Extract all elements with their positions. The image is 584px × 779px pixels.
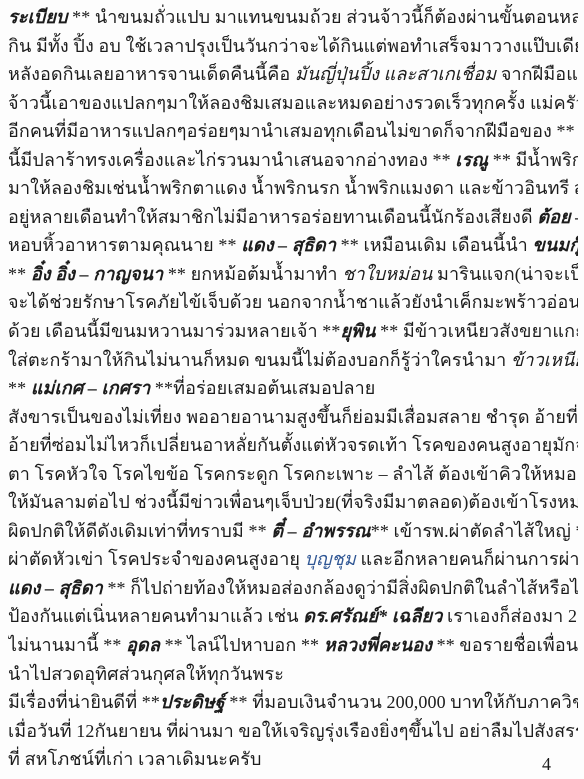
text-segment: ชาใบหม่อน [342,264,432,284]
text-segment: เมื่อวันที่ 12กันยายน ที่ผ่านมา ขอให้เจร… [8,721,578,741]
text-segment: จ้าวนี้เอาของแปลกๆมาให้ลองชิมเสมอและหมดอ… [8,93,578,113]
text-line: อยู่หลายเดือนทำให้สมาชิกไม่มีอาหารอร่อยท… [8,203,578,232]
text-segment: ขนมกุ๊ยฉ่าย [532,235,578,255]
text-segment: สังขารเป็นของไม่เที่ยง พออายอานามสูงขึ้น… [8,407,578,427]
text-segment: ที่ สหโภชน์ที่เก่า เวลาเดิมนะครับ [8,749,262,769]
text-line: มีเรื่องที่น่ายินดีที่ **ประดิษฐ์ ** ที่… [8,688,578,717]
text-line: นำไปสวดอุทิศส่วนกุศลให้ทุกวันพระ [8,660,578,689]
text-segment: ป้องกันแต่เนิ่นหลายคนทำมาแล้ว เช่น [8,606,303,626]
text-segment: ใส่ตะกร้ามาให้กินไม่นานก็หมด ขนมนี้ไม่ต้… [8,350,511,370]
text-segment: ดร.ศรัณย์* เฉลียว [303,606,442,626]
text-line: ที่ สหโภชน์ที่เก่า เวลาเดิมนะครับ [8,745,578,774]
text-segment: จะได้ช่วยรักษาโรคภัยไข้เจ็บด้วย นอกจากน้… [8,292,578,312]
text-line: ไม่นานมานี้ ** อุดล ** ไลน์ไปหาบอก ** หล… [8,631,578,660]
text-segment: ** [8,378,31,398]
text-line: ตา โรคหัวใจ โรคไขข้อ โรคกระดูก โรคกะเพาะ… [8,460,578,489]
text-segment: ประดิษฐ์ [160,692,225,712]
text-segment: เรณู [455,150,488,170]
text-line: ด้วย เดือนนี้มีขนมหวานมาร่วมหลายเจ้า **ย… [8,317,578,346]
text-segment: ข้าวเหนียวเปียกลำไย [511,350,578,370]
text-segment: มารินแจก(น่าจะเป็น [432,264,578,284]
text-line: ผิดปกติให้ดีดังเดิมเท่าที่ทราบมี ** ตี๋ … [8,517,578,546]
text-segment: กิน มีทั้ง ปิ้ง อบ ใช้เวลาปรุงเป็นวันกว่… [8,36,578,56]
text-segment: อุดล [126,635,160,655]
text-segment: ต้อย – สุเทพ [537,207,578,227]
text-segment: มีเรื่องที่น่ายินดีที่ ** [8,692,160,712]
text-segment: ** ขอรายชื่อเพื่อนที่เสียชีวิตเพื่อท่านจ… [432,635,578,655]
text-segment: **ที่อร่อยเสมอต้นเสมอปลาย [150,378,375,398]
text-segment: ** นำขนมถั่วแปบ มาแทนขนมถ้วย ส่วนจ้าวนี้… [68,7,579,27]
text-segment: อีกคนที่มีอาหารแปลกๆอร่อยๆมานำเสมอทุกเดื… [8,121,578,141]
text-segment: มาให้ลองชิมเช่นน้ำพริกตาแดง น้ำพริกนรก น… [8,178,578,198]
text-line: หลังอดกินเลยอาหารจานเด็ดคืนนี้คือ มันญี่… [8,60,578,89]
text-segment: ไม่นานมานี้ ** [8,635,126,655]
text-segment: แม่เกศ – เกศรา [31,378,151,398]
text-segment: หลังอดกินเลยอาหารจานเด็ดคืนนี้คือ [8,64,295,84]
text-segment: ** ยกหม้อต้มน้ำมาทำ [163,264,342,284]
text-segment: ตา โรคหัวใจ โรคไขข้อ โรคกระดูก โรคกะเพาะ… [8,464,578,484]
text-segment: แดง – สุธิดา [8,578,103,598]
text-segment: ** เข้ารพ.ผ่าตัดลำไส้ใหญ่ ** [371,521,578,541]
text-line: สังขารเป็นของไม่เที่ยง พออายอานามสูงขึ้น… [8,403,578,432]
text-line: จ้าวนี้เอาของแปลกๆมาให้ลองชิมเสมอและหมดอ… [8,89,578,118]
text-segment: แดง – สุธิดา [241,235,336,255]
text-line: จะได้ช่วยรักษาโรคภัยไข้เจ็บด้วย นอกจากน้… [8,288,578,317]
text-segment: ** [8,264,31,284]
text-segment: ** ก็ไปถ่ายท้องให้หมอส่องกล้องดูว่ามีสิ่… [103,578,578,598]
text-segment: อยู่หลายเดือนทำให้สมาชิกไม่มีอาหารอร่อยท… [8,207,537,227]
text-segment: ระเบียบ [8,7,68,27]
text-segment: ตี๋ – อำพรรณ [271,521,370,541]
text-line: ระเบียบ ** นำขนมถั่วแปบ มาแทนขนมถ้วย ส่ว… [8,3,578,32]
text-line: อีกคนที่มีอาหารแปลกๆอร่อยๆมานำเสมอทุกเดื… [8,117,578,146]
text-segment: เราเองก็ส่องมา 2 ครั้งเมื่อ 5 ปีที่ แล้ว… [442,606,578,626]
text-line: ให้มันลามต่อไป ช่วงนี้มีข่าวเพื่อนๆเจ็บป… [8,488,578,517]
text-line: อ้ายที่ซ่อมไม่ไหวก็เปลี่ยนอาหลั่ยกันตั้ง… [8,431,578,460]
text-segment: นำไปสวดอุทิศส่วนกุศลให้ทุกวันพระ [8,664,284,684]
text-segment: จากฝีมือแม่ครัว ** [496,64,578,84]
text-line: ป้องกันแต่เนิ่นหลายคนทำมาแล้ว เช่น ดร.ศร… [8,602,578,631]
text-segment: อิ๋ง อิ๋ง – กาญจนา [31,264,163,284]
text-body: ระเบียบ ** นำขนมถั่วแปบ มาแทนขนมถ้วย ส่ว… [8,3,578,774]
text-line: ** แม่เกศ – เกศรา **ที่อร่อยเสมอต้นเสมอป… [8,374,578,403]
text-segment: และอีกหลายคนก็ผ่านการผ่าเข่ามาหลายคน ส่ว… [356,549,578,569]
document-page: ระเบียบ ** นำขนมถั่วแปบ มาแทนขนมถ้วย ส่ว… [0,0,584,779]
text-segment: ** ไลน์ไปหาบอก ** [160,635,324,655]
text-segment: ** มีน้ำพริกชนิดต่างใส่กระปุกเล็ก [488,150,578,170]
text-segment: หอบหิ้วอาหารตามคุณนาย ** [8,235,241,255]
text-segment: ** ที่มอบเงินจำนวน 200,000 บาทให้กับภาคว… [225,692,578,712]
text-segment: นี้มีปลาร้าทรงเครื่องและไก่รวนมานำเสนอจา… [8,150,455,170]
text-line: แดง – สุธิดา ** ก็ไปถ่ายท้องให้หมอส่องกล… [8,574,578,603]
text-line: หอบหิ้วอาหารตามคุณนาย ** แดง – สุธิดา **… [8,231,578,260]
text-segment: ** มีข้าวเหนียวสังขยาแกะใบตองออกเรียบร้อ… [376,321,578,341]
text-line: กิน มีทั้ง ปิ้ง อบ ใช้เวลาปรุงเป็นวันกว่… [8,32,578,61]
text-line: นี้มีปลาร้าทรงเครื่องและไก่รวนมานำเสนอจา… [8,146,578,175]
text-line: มาให้ลองชิมเช่นน้ำพริกตาแดง น้ำพริกนรก น… [8,174,578,203]
text-segment: มันญี่ปุ่นปิ้ง และสาเกเชื่อม [295,64,496,84]
text-segment: ** เหมือนเดิม เดือนนี้นำ [336,235,532,255]
text-line: ใส่ตะกร้ามาให้กินไม่นานก็หมด ขนมนี้ไม่ต้… [8,346,578,375]
text-segment: หลวงพี่คะนอง [324,635,432,655]
text-segment: ให้มันลามต่อไป ช่วงนี้มีข่าวเพื่อนๆเจ็บป… [8,492,578,512]
page-number: 4 [542,750,551,778]
text-segment: ผ่าตัดหัวเข่า โรคประจำของคนสูงอายุ [8,549,305,569]
text-segment: ผิดปกติให้ดีดังเดิมเท่าที่ทราบมี ** [8,521,271,541]
text-segment: อ้ายที่ซ่อมไม่ไหวก็เปลี่ยนอาหลั่ยกันตั้ง… [8,435,578,455]
text-line: ** อิ๋ง อิ๋ง – กาญจนา ** ยกหม้อต้มน้ำมาท… [8,260,578,289]
text-line: ผ่าตัดหัวเข่า โรคประจำของคนสูงอายุ บุญชุ… [8,545,578,574]
text-line: เมื่อวันที่ 12กันยายน ที่ผ่านมา ขอให้เจร… [8,717,578,746]
text-segment: ยุพิน [341,321,376,341]
text-segment: ด้วย เดือนนี้มีขนมหวานมาร่วมหลายเจ้า ** [8,321,341,341]
highlighted-text: บุญชุม [305,549,356,569]
